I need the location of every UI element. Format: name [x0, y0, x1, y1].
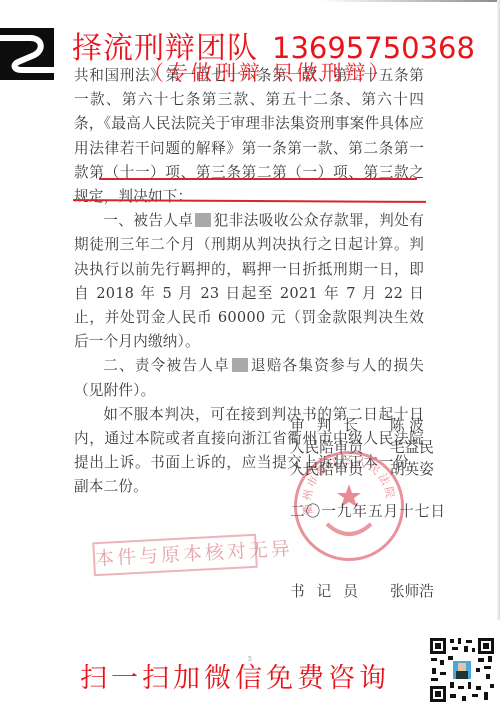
redacted-name: [195, 213, 211, 227]
banner-tagline: （专做刑辩 只做刑辩）: [143, 60, 393, 86]
verdict-one-prefix: 一、被告人卓: [103, 212, 193, 229]
signature-clerk: 书记员张师浩: [290, 580, 434, 601]
verdict-two-prefix: 二、责令被告人卓: [103, 357, 230, 374]
signature-juror-2: 人民陪审员胡英姿: [290, 458, 434, 479]
signature-juror-1: 人民陪审员毛益民: [290, 436, 434, 457]
page-top-edge: [320, 0, 500, 2]
judgment-date: 二〇一九年五月十七日: [290, 500, 446, 521]
copy-verified-stamp: 本件与原本核对无异: [92, 534, 258, 577]
redacted-name: [232, 358, 248, 372]
paragraph-verdict-two: 二、责令被告人卓退赔各集资参与人的损失（见附件）。: [74, 354, 424, 402]
team-logo-icon: [0, 28, 54, 80]
paragraph-verdict-one: 一、被告人卓犯非法吸收公众存款罪，判处有期徒刑三年二个月（刑期从判决执行之日起计…: [74, 209, 424, 354]
signature-presiding-judge: 审判长陈 波: [290, 414, 424, 435]
wechat-consult-cta: 扫一扫加微信免费咨询: [80, 656, 390, 695]
wechat-qr-code-icon[interactable]: [428, 636, 496, 704]
verdict-one-text: 犯非法吸收公众存款罪，判处有期徒刑三年二个月（刑期从判决执行之日起计算。判决执行…: [74, 212, 424, 350]
highlight-underline: [99, 178, 417, 180]
